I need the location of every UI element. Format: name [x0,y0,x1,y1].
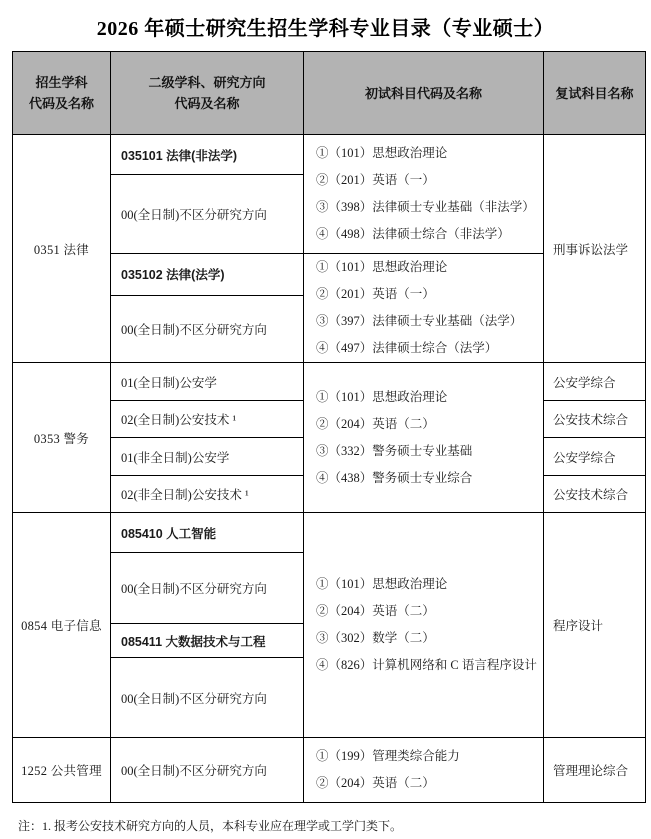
direction-cell: 00(全日制)不区分研究方向 [111,295,304,362]
direction-cell: 00(全日制)不区分研究方向 [111,658,304,738]
program-code-cell: 035101 法律(非法学) [111,135,304,175]
direction-cell: 00(全日制)不区分研究方向 [111,553,304,624]
header-cell-initial-exam: 初试科目代码及名称 [304,52,544,135]
page-title: 2026 年硕士研究生招生学科专业目录（专业硕士） [0,0,651,41]
section-code-cell: 1252 公共管理 [13,738,111,803]
program-code-cell: 085410 人工智能 [111,513,304,553]
direction-cell: 00(全日制)不区分研究方向 [111,175,304,254]
exam-subjects-cell: ①（101）思想政治理论 ②（201）英语（一） ③（397）法律硕士专业基础（… [304,254,544,363]
program-code-cell: 035102 法律(法学) [111,254,304,296]
direction-cell: 02(全日制)公安技术 ¹ [111,401,304,438]
section-code-cell: 0353 警务 [13,363,111,513]
exam-subjects-cell: ①（101）思想政治理论 ②（204）英语（二） ③（302）数学（二） ④（8… [304,513,544,738]
header-cell-subject-code: 招生学科 代码及名称 [13,52,111,135]
admissions-catalog-table: 招生学科 代码及名称 二级学科、研究方向 代码及名称 初试科目代码及名称 复试科… [12,51,646,803]
footnote: 注：1. 报考公安技术研究方向的人员，本科专业应在理学或工学门类下。 [18,817,651,834]
exam-subjects-cell: ①（199）管理类综合能力 ②（204）英语（二） [304,738,544,803]
program-code-cell: 085411 大数据技术与工程 [111,624,304,658]
exam-subjects-cell: ①（101）思想政治理论 ②（201）英语（一） ③（398）法律硕士专业基础（… [304,135,544,254]
direction-cell: 02(非全日制)公安技术 ¹ [111,476,304,513]
retest-cell: 公安学综合 [544,438,646,476]
header-cell-secondary-discipline: 二级学科、研究方向 代码及名称 [111,52,304,135]
retest-cell: 公安学综合 [544,363,646,401]
section-code-cell: 0351 法律 [13,135,111,363]
retest-cell: 刑事诉讼法学 [544,135,646,363]
table-row: 0351 法律 035101 法律(非法学) ①（101）思想政治理论 ②（20… [13,135,646,175]
table-row: 0854 电子信息 085410 人工智能 ①（101）思想政治理论 ②（204… [13,513,646,553]
table-row: 1252 公共管理 00(全日制)不区分研究方向 ①（199）管理类综合能力 ②… [13,738,646,803]
retest-cell: 公安技术综合 [544,476,646,513]
direction-cell: 00(全日制)不区分研究方向 [111,738,304,803]
section-code-cell: 0854 电子信息 [13,513,111,738]
exam-subjects-cell: ①（101）思想政治理论 ②（204）英语（二） ③（332）警务硕士专业基础 … [304,363,544,513]
retest-cell: 管理理论综合 [544,738,646,803]
retest-cell: 公安技术综合 [544,401,646,438]
table-header-row: 招生学科 代码及名称 二级学科、研究方向 代码及名称 初试科目代码及名称 复试科… [13,52,646,135]
header-cell-retest: 复试科目名称 [544,52,646,135]
direction-cell: 01(非全日制)公安学 [111,438,304,476]
table-row: 0353 警务 01(全日制)公安学 ①（101）思想政治理论 ②（204）英语… [13,363,646,401]
retest-cell: 程序设计 [544,513,646,738]
direction-cell: 01(全日制)公安学 [111,363,304,401]
